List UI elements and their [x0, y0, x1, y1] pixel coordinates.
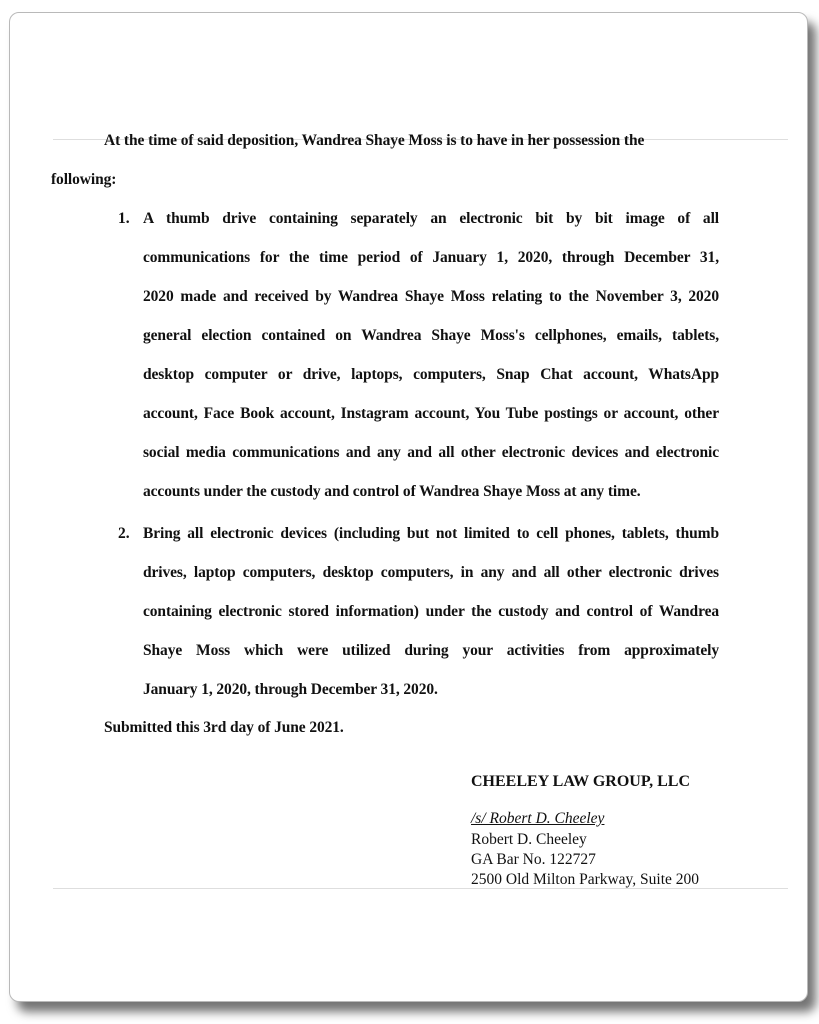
item-1-line: social media communications and any and … — [143, 444, 719, 464]
bar-number: GA Bar No. 122727 — [471, 851, 596, 869]
document-page: At the time of said deposition, Wandrea … — [9, 12, 808, 1002]
item-2-line: drives, laptop computers, desktop comput… — [143, 564, 719, 584]
item-2-line: containing electronic stored information… — [143, 603, 719, 623]
item-1-line: 2020 made and received by Wandrea Shaye … — [143, 288, 719, 308]
electronic-signature: /s/ Robert D. Cheeley — [471, 810, 604, 828]
item-2-line: Shaye Moss which were utilized during yo… — [143, 642, 719, 662]
submitted-date: Submitted this 3rd day of June 2021. — [104, 719, 344, 737]
address: 2500 Old Milton Parkway, Suite 200 — [471, 871, 699, 889]
item-1-line: account, Face Book account, Instagram ac… — [143, 405, 719, 425]
intro-line-2: following: — [51, 171, 116, 189]
item-1-line: desktop computer or drive, laptops, comp… — [143, 366, 719, 386]
item-2-line: Bring all electronic devices (including … — [143, 525, 719, 545]
item-1-number: 1. — [118, 210, 130, 228]
item-1-line: communications for the time period of Ja… — [143, 249, 719, 269]
page-bottom-rule — [53, 888, 788, 889]
item-1-line: accounts under the custody and control o… — [143, 483, 641, 501]
item-2-line: January 1, 2020, through December 31, 20… — [143, 681, 438, 699]
signer-name: Robert D. Cheeley — [471, 831, 587, 849]
item-1-line: A thumb drive containing separately an e… — [143, 210, 719, 230]
item-2-number: 2. — [118, 525, 130, 543]
item-1-line: general election contained on Wandrea Sh… — [143, 327, 719, 347]
firm-name: CHEELEY LAW GROUP, LLC — [471, 773, 690, 791]
intro-line-1: At the time of said deposition, Wandrea … — [104, 132, 644, 150]
